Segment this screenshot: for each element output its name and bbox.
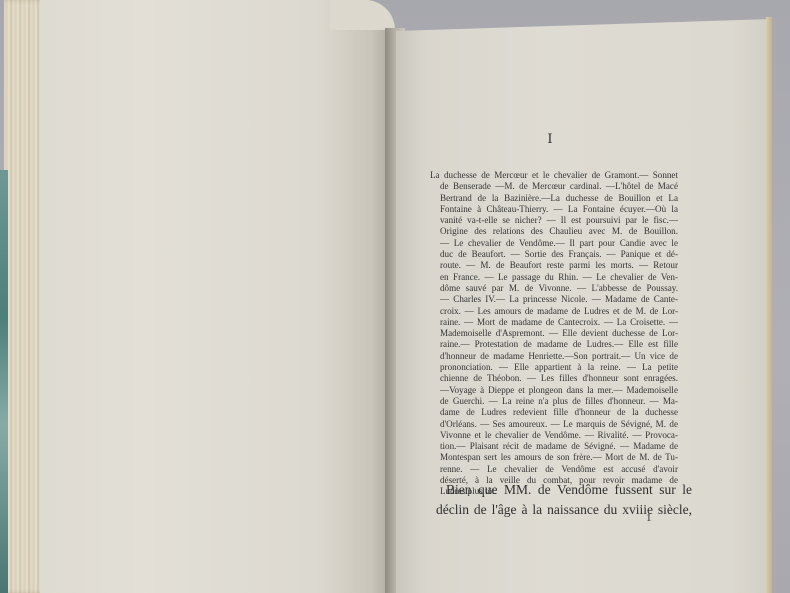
summary-line: croix. — Les amours de madame de Ludres … xyxy=(430,306,678,317)
summary-line: — Charles IV.— La princesse Nicole. — Ma… xyxy=(430,294,678,305)
summary-line: chienne de Théobon. — Les filles d'honne… xyxy=(430,373,678,384)
body-text: Bien que MM. de Vendôme fussent sur le d… xyxy=(436,480,692,520)
body-line: déclin de l'âge à la naissance du xviiie… xyxy=(436,500,692,520)
chapter-summary: La duchesse de Mercœur et le chevalier d… xyxy=(430,170,678,498)
summary-line: Fontaine à Château-Thierry. — La Fontain… xyxy=(430,204,678,215)
right-page-edge xyxy=(766,17,772,593)
summary-line: dôme sauvé par M. de Vivonne. — L'abbess… xyxy=(430,283,678,294)
summary-line: Origine des relations des Chaulieu avec … xyxy=(430,226,678,237)
chapter-number: I xyxy=(540,132,560,147)
summary-line: prononciation. — Elle appartient à la re… xyxy=(430,362,678,373)
summary-line: en France. — Le passage du Rhin. — Le ch… xyxy=(430,272,678,283)
summary-line: La duchesse de Mercœur et le chevalier d… xyxy=(430,170,678,181)
summary-line: raine. — Mort de madame de Cantecroix. —… xyxy=(430,317,678,328)
summary-line: route. — M. de Beaufort reste parmi les … xyxy=(430,260,678,271)
summary-line: d'honneur de madame Henriette.—Son portr… xyxy=(430,351,678,362)
summary-line: raine.— Protestation de madame de Ludres… xyxy=(430,339,678,350)
summary-line: de Benserade —M. de Mercœur cardinal. —L… xyxy=(430,181,678,192)
summary-line: renne. — Le chevalier de Vendôme est acc… xyxy=(430,464,678,475)
summary-line: de Guerchi. — La reine n'a plus de fille… xyxy=(430,396,678,407)
summary-line: Bertrand de la Bazinière.—La duchesse de… xyxy=(430,193,678,204)
summary-line: — Le chevalier de Vendôme.— Il part pour… xyxy=(430,238,678,249)
summary-line: duc de Beaufort. — Sortie des Français. … xyxy=(430,249,678,260)
summary-line: Vivonne et le chevalier de Vendôme. — Ri… xyxy=(430,430,678,441)
summary-line: —Voyage à Dieppe et plongeon dans la mer… xyxy=(430,385,678,396)
page-number: 1 xyxy=(646,512,652,524)
summary-line: Mademoiselle d'Aspremont. — Elle devient… xyxy=(430,328,678,339)
marbled-cover-edge xyxy=(0,170,8,593)
left-page xyxy=(40,0,385,593)
body-line: Bien que MM. de Vendôme fussent sur le xyxy=(436,480,692,500)
summary-line: d'Orléans. — Ses amoureux. — Le marquis … xyxy=(430,419,678,430)
summary-line: dame de Ludres redevient fille d'honneur… xyxy=(430,407,678,418)
summary-line: vanité va-t-elle se nicher? — Il est pou… xyxy=(430,215,678,226)
summary-line: Montespan sert les amours de son frère.—… xyxy=(430,452,678,463)
summary-line: tion.— Plaisant récit de madame de Sévig… xyxy=(430,441,678,452)
